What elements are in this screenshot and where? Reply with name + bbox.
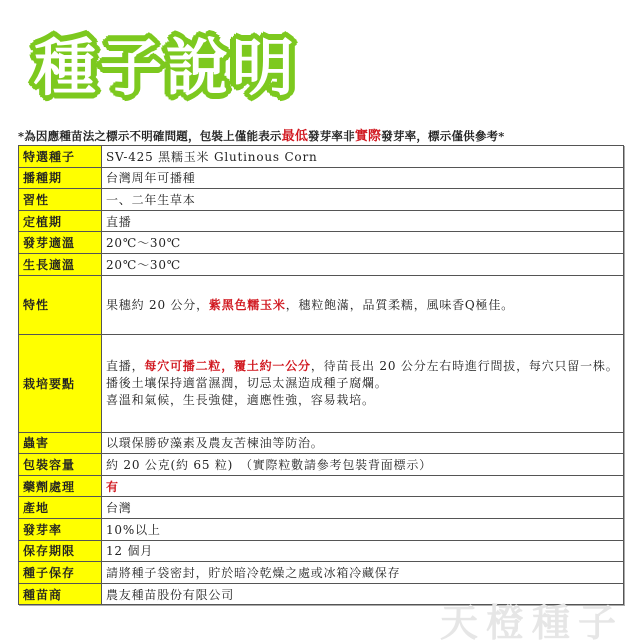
- row-label: 種苗商: [19, 583, 102, 605]
- row-value: 直播，每穴可播二粒，覆土約一公分，待苗長出 20 公分左右時進行間拔，每穴只留一…: [102, 334, 624, 432]
- row-label: 發芽率: [19, 518, 102, 540]
- brand-watermark: 天橙種子: [440, 592, 624, 640]
- notice-text-1: *為因應種苗法之標示不明確問題，包裝上僅能表示: [18, 129, 282, 143]
- row-value: 直播: [102, 210, 624, 232]
- row-label: 包裝容量: [19, 454, 102, 476]
- table-row: 包裝容量 約 20 公克(約 65 粒) （實際粒數請參考包裝背面標示）: [19, 454, 624, 476]
- seed-spec-table: 特選種子 SV-425 黑糯玉米 Glutinous Corn 播種期 台灣周年…: [18, 145, 624, 605]
- row-label: 蟲害: [19, 432, 102, 454]
- row-value: 20℃～30℃: [102, 232, 624, 254]
- row-value: 10%以上: [102, 518, 624, 540]
- value-text: ，穗粒飽滿，品質柔糯，風味香Q極佳。: [286, 298, 514, 312]
- value-highlight: 紫黑色糯玉米: [209, 298, 286, 312]
- row-value: 台灣周年可播種: [102, 167, 624, 189]
- notice-highlight-lowest: 最低: [282, 129, 308, 144]
- row-value: 12 個月: [102, 540, 624, 562]
- row-label: 栽培要點: [19, 334, 102, 432]
- row-label: 保存期限: [19, 540, 102, 562]
- row-value: 以環保勝矽藻素及農友苦楝油等防治。: [102, 432, 624, 454]
- row-label: 發芽適溫: [19, 232, 102, 254]
- row-value: 台灣: [102, 497, 624, 519]
- row-value: 20℃～30℃: [102, 253, 624, 275]
- row-label: 定植期: [19, 210, 102, 232]
- value-text: 果穗約 20 公分，: [106, 298, 209, 312]
- value-text: 直播，: [106, 359, 144, 373]
- value-highlight: 每穴可播二粒，覆土約一公分: [144, 359, 310, 373]
- row-label: 產地: [19, 497, 102, 519]
- table-row: 產地 台灣: [19, 497, 624, 519]
- row-value: SV-425 黑糯玉米 Glutinous Corn: [102, 146, 624, 168]
- row-value: 約 20 公克(約 65 粒) （實際粒數請參考包裝背面標示）: [102, 454, 624, 476]
- row-label: 特選種子: [19, 146, 102, 168]
- table-row: 特選種子 SV-425 黑糯玉米 Glutinous Corn: [19, 146, 624, 168]
- table-row: 種子保存 請將種子袋密封，貯於暗冷乾燥之處或冰箱冷藏保存: [19, 562, 624, 584]
- value-paragraph: 直播，每穴可播二粒，覆土約一公分，待苗長出 20 公分左右時進行間拔，每穴只留一…: [106, 358, 619, 392]
- page-title: 種子說明: [34, 28, 298, 108]
- row-value: 請將種子袋密封，貯於暗冷乾燥之處或冰箱冷藏保存: [102, 562, 624, 584]
- disclaimer-notice: *為因應種苗法之標示不明確問題，包裝上僅能表示最低發芽率非實際發芽率，標示僅供參…: [18, 125, 628, 144]
- value-highlight: 有: [106, 480, 119, 494]
- table-row: 發芽率 10%以上: [19, 518, 624, 540]
- row-value: 有: [102, 475, 624, 497]
- row-label: 播種期: [19, 167, 102, 189]
- row-value: 一、二年生草本: [102, 189, 624, 211]
- table-row: 特性 果穗約 20 公分，紫黑色糯玉米，穗粒飽滿，品質柔糯，風味香Q極佳。: [19, 275, 624, 334]
- notice-text-2: 發芽率非: [308, 129, 355, 143]
- table-row: 保存期限 12 個月: [19, 540, 624, 562]
- table-row: 蟲害 以環保勝矽藻素及農友苦楝油等防治。: [19, 432, 624, 454]
- notice-highlight-actual: 實際: [355, 129, 381, 144]
- value-paragraph: 喜溫和氣候，生長強健，適應性強，容易栽培。: [106, 392, 619, 409]
- table-row: 播種期 台灣周年可播種: [19, 167, 624, 189]
- row-value: 果穗約 20 公分，紫黑色糯玉米，穗粒飽滿，品質柔糯，風味香Q極佳。: [102, 275, 624, 334]
- row-label: 特性: [19, 275, 102, 334]
- table-row: 定植期 直播: [19, 210, 624, 232]
- table-row: 栽培要點 直播，每穴可播二粒，覆土約一公分，待苗長出 20 公分左右時進行間拔，…: [19, 334, 624, 432]
- table-row: 習性 一、二年生草本: [19, 189, 624, 211]
- table-row: 發芽適溫 20℃～30℃: [19, 232, 624, 254]
- notice-text-3: 發芽率，標示僅供參考*: [381, 129, 504, 143]
- row-label: 生長適溫: [19, 253, 102, 275]
- row-label: 習性: [19, 189, 102, 211]
- row-label: 藥劑處理: [19, 475, 102, 497]
- table-row: 生長適溫 20℃～30℃: [19, 253, 624, 275]
- row-label: 種子保存: [19, 562, 102, 584]
- table-row: 藥劑處理 有: [19, 475, 624, 497]
